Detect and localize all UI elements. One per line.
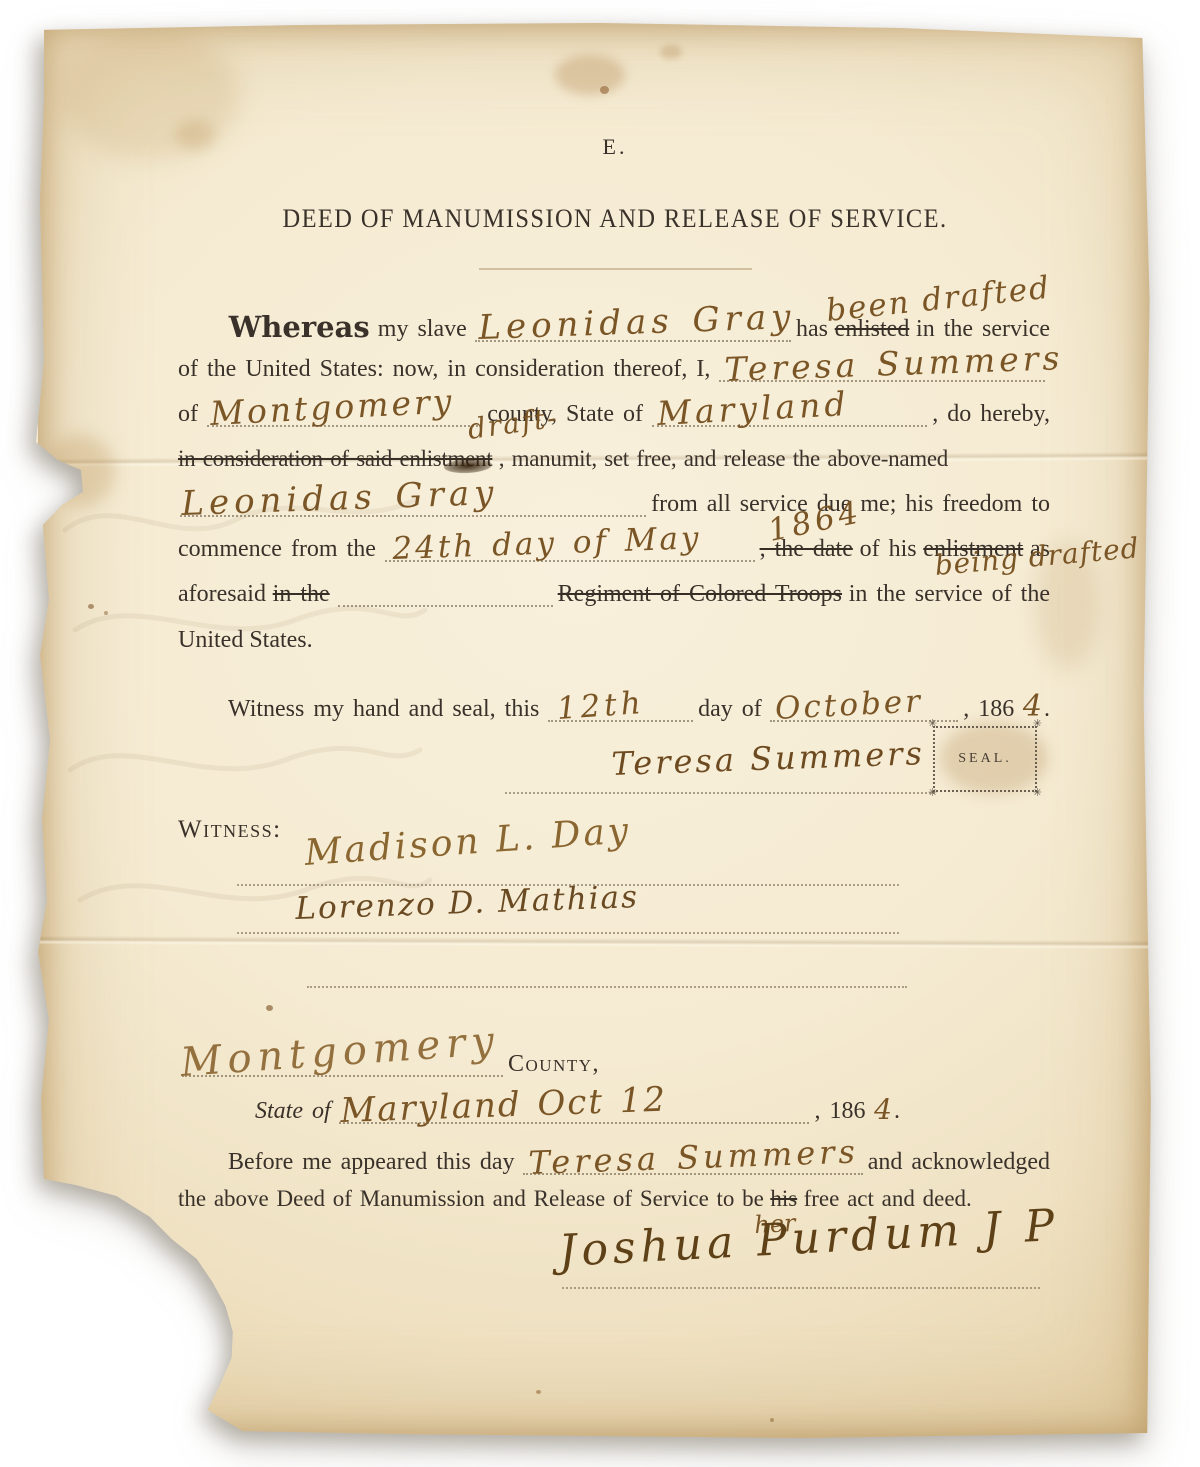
- handwritten-slave-name: Leonidas Gray: [181, 476, 499, 521]
- free-act-line: the above Deed of Manumission and Releas…: [178, 1187, 972, 1211]
- exhibit-letter: E.: [603, 134, 628, 160]
- printed-text: , 186: [814, 1099, 865, 1124]
- printed-text: has: [796, 317, 828, 342]
- printed-text: of the United States: now, in considerat…: [178, 357, 710, 382]
- fill-line: Teresa Summers: [523, 1167, 862, 1175]
- fill-line: 12th: [548, 714, 693, 722]
- owner-signature: Teresa Summers: [611, 737, 926, 780]
- witness-signature-1: Madison L. Day: [303, 813, 632, 872]
- whereas-word: Whereas: [229, 312, 370, 342]
- printed-text: .: [1044, 697, 1050, 722]
- document-title: DEED OF MANUMISSION AND RELEASE OF SERVI…: [283, 204, 948, 234]
- form-line-4: in consideration of said enlistment , ma…: [178, 447, 1050, 471]
- jurat-state-line: State of Maryland Oct 12 , 186 4 .: [255, 1096, 900, 1124]
- seal-ornament-icon: ✳: [1033, 719, 1042, 730]
- fill-line: Leonidas Gray: [475, 334, 790, 342]
- jp-signature-line: [562, 1287, 1040, 1289]
- handwritten-county: Montgomery: [209, 384, 455, 430]
- seal-label: SEAL.: [958, 751, 1012, 767]
- fill-line: Montgomery: [207, 419, 483, 427]
- printed-text: , 186: [963, 697, 1014, 722]
- printed-text: Before me appeared this day: [228, 1150, 515, 1175]
- printed-text: my slave: [378, 317, 467, 342]
- handwritten-slave-name: Leonidas Gray: [478, 300, 796, 345]
- printed-text: the above Deed of Manumission and Releas…: [178, 1187, 764, 1211]
- form-line-3: of Montgomery county, State of Maryland …: [178, 402, 1050, 427]
- printed-text: in the service of the: [849, 582, 1050, 607]
- before-me-line: Before me appeared this day Teresa Summe…: [228, 1150, 1050, 1175]
- struck-word-his: his: [770, 1187, 797, 1211]
- jurat-county-line: Montgomery County,: [180, 1052, 600, 1077]
- fill-line: Maryland: [652, 419, 928, 427]
- document-content: E. DEED OF MANUMISSION AND RELEASE OF SE…: [0, 0, 1200, 1467]
- title-rule: [479, 268, 752, 270]
- printed-text: .: [894, 1099, 900, 1124]
- fill-line: Leonidas Gray: [180, 509, 646, 517]
- jp-signature: Joshua Purdum J P: [558, 1204, 1061, 1274]
- scanned-document-photo: E. DEED OF MANUMISSION AND RELEASE OF SE…: [0, 0, 1200, 1467]
- form-line-7: aforesaid in the Regiment of Colored Tro…: [178, 582, 1050, 607]
- fill-line: [338, 599, 552, 607]
- fill-line: Teresa Summers: [719, 374, 1045, 382]
- form-line-2: of the United States: now, in considerat…: [178, 357, 1050, 382]
- form-line-6: commence from the 24th day of May , the …: [178, 537, 1050, 562]
- witness-signature-line: [237, 932, 899, 934]
- printed-text: of his: [860, 537, 917, 562]
- handwritten-owner-name: Teresa Summers: [724, 341, 1064, 386]
- printed-text: commence from the: [178, 537, 376, 562]
- fill-line: Maryland Oct 12: [339, 1116, 809, 1124]
- form-line-5: Leonidas Gray from all service due me; h…: [178, 492, 1050, 517]
- handwritten-jurat-state-date: Maryland Oct 12: [340, 1083, 668, 1128]
- handwritten-appeared-name: Teresa Summers: [528, 1136, 859, 1180]
- handwritten-commence-date: 24th day of May: [392, 523, 702, 565]
- fill-line: Montgomery: [182, 1069, 503, 1077]
- seal-ornament-icon: ✳: [1033, 788, 1042, 799]
- struck-phrase-in-the: in the: [273, 582, 330, 607]
- printed-text: , manumit, set free, and release the abo…: [499, 447, 948, 471]
- witness-signature-2: Lorenzo D. Mathias: [295, 882, 640, 925]
- printed-text: day of: [698, 697, 762, 722]
- handwritten-jurat-county: Montgomery: [179, 1021, 501, 1083]
- printed-text: aforesaid: [178, 582, 266, 607]
- blank-line: [307, 986, 907, 988]
- state-of-label: State of: [255, 1099, 331, 1124]
- printed-text: Witness my hand and seal, this: [228, 697, 539, 722]
- struck-phrase-regiment: Regiment of Colored Troops: [558, 582, 842, 607]
- printed-text: , do hereby,: [932, 402, 1050, 427]
- printed-text: and acknowledged: [868, 1150, 1050, 1175]
- seal-box: ✳ ✳ ✳ ✳ SEAL.: [933, 726, 1037, 792]
- witness-label: Witness:: [178, 816, 282, 844]
- form-line-8: United States.: [178, 627, 313, 654]
- fill-line: 24th day of May: [385, 554, 755, 562]
- handwritten-year-digit: 4: [874, 1096, 892, 1124]
- handwritten-state: Maryland: [656, 387, 850, 430]
- county-label: County,: [508, 1052, 600, 1077]
- seal-ornament-icon: ✳: [928, 719, 937, 730]
- witness-clause-line: Witness my hand and seal, this 12th day …: [228, 692, 1050, 722]
- printed-text: of: [178, 402, 198, 427]
- signature-line: [505, 792, 935, 794]
- handwritten-month: October: [775, 686, 924, 725]
- handwritten-day: 12th: [556, 688, 646, 725]
